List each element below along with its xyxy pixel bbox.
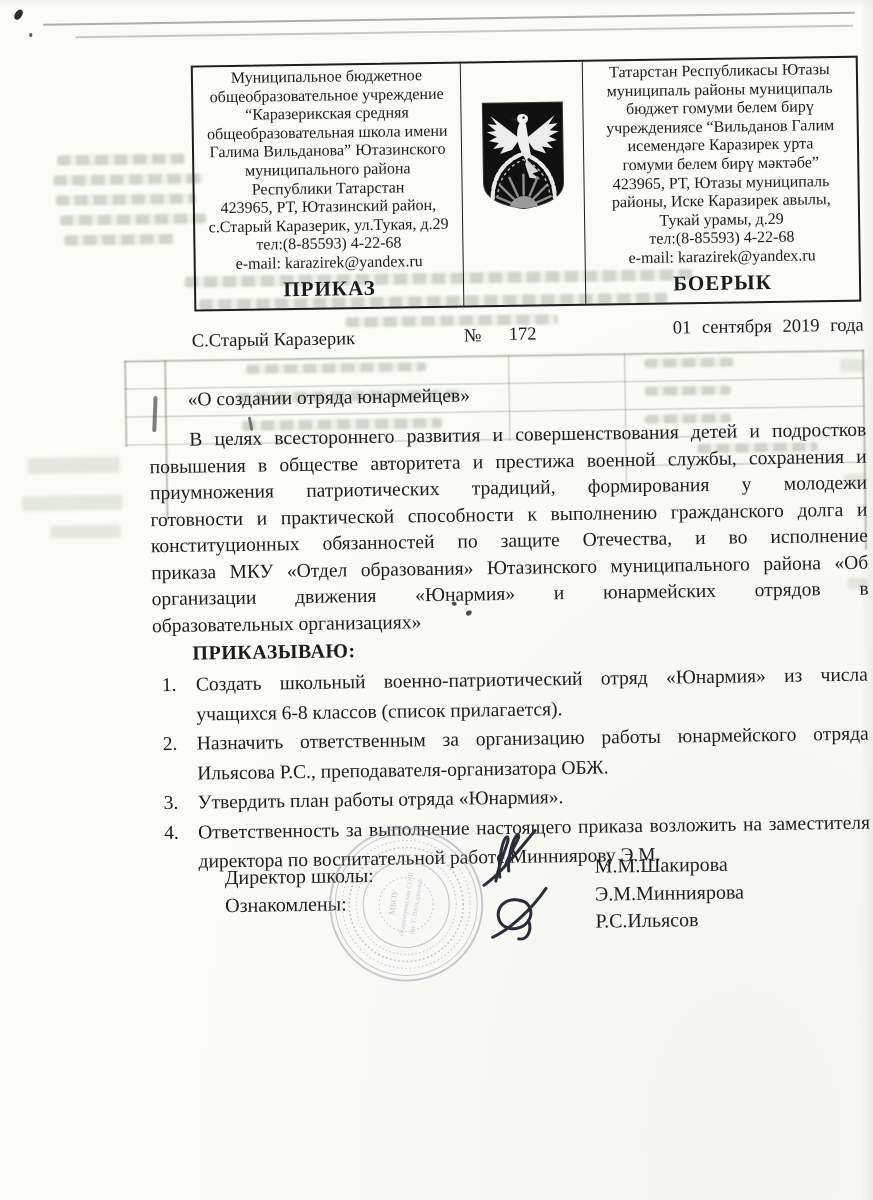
doc-type-tatar: БОЕРЫК [590,268,855,297]
number-sign: № [464,326,482,347]
letterhead-right-cell: Татарстан Республикасы Ютазы муниципаль … [583,58,860,304]
scanned-document-page: Муниципальное бюджетное общеобразователь… [0,0,873,1200]
signatory-name: Э.М.Минниярова [595,879,744,909]
subject-line: «О создании отряда юнармейцев» [188,385,471,411]
order-number: 172 [509,324,537,345]
issue-place: С.Старый Каразерик [192,329,356,352]
signatory-name: М.М.Шакирова [594,851,743,881]
ink-speck [29,33,32,37]
signatory-name: Р.С.Ильясов [595,906,744,936]
handwritten-signatures [459,821,611,953]
letterhead-emblem-cell [461,62,587,306]
issue-date: 01 сентября 2019 года [673,316,864,340]
org-name-russian: Муниципальное бюджетное общеобразователь… [197,67,459,275]
coat-of-arms-emblem [478,98,568,213]
org-name-tatar: Татарстан Республикасы Ютазы муниципаль … [587,61,855,269]
letterhead-table: Муниципальное бюджетное общеобразователь… [191,56,862,312]
order-item: 2. Назначить ответственным за организаци… [163,720,870,789]
doc-type-russian: ПРИКАЗ [200,274,459,303]
letterhead-left-cell: Муниципальное бюджетное общеобразователь… [193,64,465,310]
decree-heading: ПРИКАЗЫВАЮ: [192,640,356,665]
scan-tilt-wrapper: Муниципальное бюджетное общеобразователь… [0,0,873,1200]
svg-text:МБОУ: МБОУ [386,888,400,915]
body-paragraph: В целях всестороннего развития и соверше… [149,418,869,641]
bleed-through-table [0,0,864,7]
signatory-names: М.М.Шакирова Э.М.Минниярова Р.С.Ильясов [594,851,744,936]
order-item: 1. Создать школьный военно-патриотически… [162,661,869,730]
